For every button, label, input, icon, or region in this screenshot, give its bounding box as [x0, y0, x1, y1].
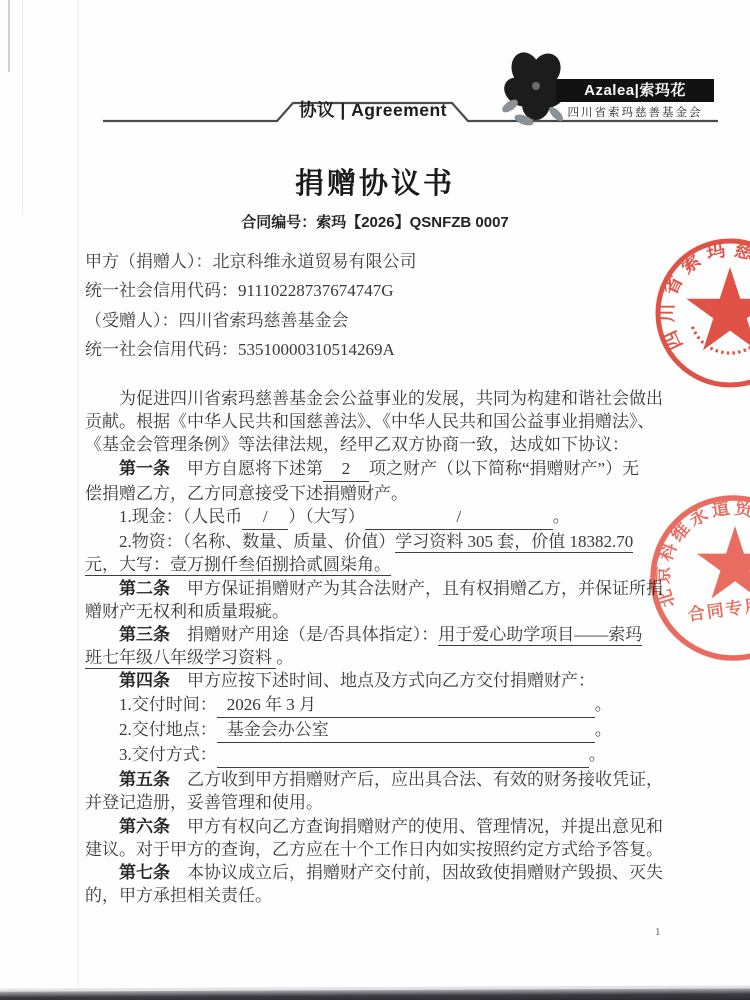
body-text: 甲方应按下述时间、地点及方式向乙方交付捐赠财产：: [170, 671, 595, 690]
party-line: 统一社会信用代码：91110228737674747G: [85, 276, 685, 305]
scan-edge-line: [8, 0, 10, 72]
star-icon: [686, 267, 750, 350]
party-line: （受赠人）：四川省索玛慈善基金会: [85, 306, 685, 335]
page-number: 1: [655, 926, 661, 938]
header-tab-label: 协议 | Agreement: [278, 98, 468, 123]
agreement-line: 并登记造册，妥善管理和使用。: [85, 791, 677, 814]
fill-in-field: 基金会办公室: [217, 718, 595, 743]
body-text: ）（大写）: [288, 507, 365, 526]
body-text: 甲方有权向乙方查询捐赠财产的使用、管理情况，并提出意见和: [170, 817, 663, 836]
article-heading: 第二条: [119, 579, 170, 598]
body-text: 2.交付地点：: [119, 720, 217, 739]
body-text: 。: [595, 695, 612, 714]
agreement-line: 第四条 甲方应按下述时间、地点及方式向乙方交付捐赠财产：: [85, 669, 677, 692]
org-round-seal: 四川省索玛慈善基金会: [645, 228, 750, 398]
body-text: 《基金会管理条例》等法律法规，经甲乙双方协商一致，达成如下协议：: [85, 435, 629, 454]
body-text: 赠财产无权利和质量瑕疵。: [85, 602, 289, 621]
agreement-line: 第六条 甲方有权向乙方查询捐赠财产的使用、管理情况，并提出意见和: [85, 815, 677, 838]
agreement-line: 为促进四川省索玛慈善基金会公益事业的发展，共同为构建和谐社会做出: [85, 387, 677, 410]
fill-in-field: /: [365, 505, 553, 530]
body-text: 。: [553, 507, 570, 526]
fill-in-field: /: [242, 505, 288, 530]
party-line: 甲方（捐赠人）：北京科维永道贸易有限公司: [85, 247, 685, 276]
article-heading: 第五条: [119, 770, 170, 789]
agreement-line: 第二条 甲方保证捐赠财产为其合法财产，且有权捐赠乙方，并保证所捐: [85, 577, 677, 600]
body-text: 甲方自愿将下述第: [170, 459, 323, 478]
body-text: 。: [589, 745, 606, 764]
article-heading: 第一条: [119, 459, 170, 478]
fill-in-field: 2: [323, 457, 369, 482]
body-text: 并登记造册，妥善管理和使用。: [85, 793, 323, 812]
doc-title: 捐赠协议书: [0, 161, 750, 202]
body-text: 乙方收到甲方捐赠财产后，应出具合法、有效的财务接收凭证，: [170, 770, 663, 789]
agreement-line: 2.交付地点：基金会办公室。: [85, 718, 677, 743]
article-heading: 第六条: [119, 817, 170, 836]
agreement-line: 偿捐赠乙方，乙方同意接受下述捐赠财产。: [85, 482, 677, 505]
article-heading: 第三条: [119, 625, 170, 644]
agreement-line: 第一条 甲方自愿将下述第2项之财产（以下简称“捐赠财产”）无: [85, 457, 677, 482]
body-text: 甲方保证捐赠财产为其合法财产，且有权捐赠乙方，并保证所捐: [170, 579, 663, 598]
contract-round-seal: 北京科维永道贸易有限公司 合同专用章: [643, 488, 750, 668]
fill-in-field: [217, 743, 589, 768]
body-text: 。: [276, 648, 293, 667]
article-heading: 第四条: [119, 671, 170, 690]
agreement-line: 建议。对于甲方的查询，乙方应在十个工作日内如实按照约定方式给予答复。: [85, 838, 677, 861]
article-heading: 第七条: [119, 863, 170, 882]
body-text: 贡献。根据《中华人民共和国慈善法》、《中华人民共和国公益事业捐赠法》、: [85, 412, 655, 431]
star-icon: [697, 526, 750, 598]
contract-seal-label: 合同专用章: [687, 591, 750, 624]
agreement-line: 1.现金：（人民币/）（大写）/。: [85, 505, 677, 530]
scanned-agreement-page: 协议 | Agreement Azalea|索玛花 四川省索玛慈善基金会 捐赠协…: [0, 0, 750, 1000]
agreement-line: 2.物资：（名称、数量、质量、价值）学习资料 305 套，价值 18382.70: [85, 530, 677, 553]
agreement-line: 贡献。根据《中华人民共和国慈善法》、《中华人民共和国公益事业捐赠法》、: [85, 410, 677, 433]
body-text: 3.交付方式：: [119, 745, 217, 764]
brand-org-name: 四川省索玛慈善基金会: [554, 104, 716, 120]
fill-in-field: 元，大写：壹万捌仟叁佰捌拾贰圆柒角。: [85, 555, 391, 576]
body-text: 建议。对于甲方的查询，乙方应在十个工作日内如实按照约定方式给予答复。: [85, 840, 663, 859]
parties-block: 甲方（捐赠人）：北京科维永道贸易有限公司统一社会信用代码：91110228737…: [85, 247, 685, 365]
agreement-body: 为促进四川省索玛慈善基金会公益事业的发展，共同为构建和谐社会做出贡献。根据《中华…: [85, 387, 677, 907]
agreement-line: 的，甲方承担相关责任。: [85, 884, 677, 907]
fill-in-field: 2026 年 3 月: [217, 693, 595, 718]
party-line: 统一社会信用代码：53510000310514269A: [85, 335, 685, 364]
body-text: 为促进四川省索玛慈善基金会公益事业的发展，共同为构建和谐社会做出: [119, 389, 663, 408]
body-text: 2.物资：（名称、数量、质量、价值）: [119, 532, 395, 551]
scan-edge-line: [77, 0, 79, 1000]
body-text: 1.交付时间：: [119, 695, 217, 714]
agreement-line: 第七条 本协议成立后，捐赠财产交付前，因故致使捐赠财产毁损、灭失: [85, 861, 677, 884]
contract-number: 合同编号：索玛【2026】QSNFZB 0007: [0, 211, 750, 232]
agreement-line: 1.交付时间：2026 年 3 月。: [85, 693, 677, 718]
body-text: 的，甲方承担相关责任。: [85, 886, 272, 905]
body-text: 。: [595, 720, 612, 739]
agreement-line: 赠财产无权利和质量瑕疵。: [85, 600, 677, 623]
fill-in-field: 用于爱心助学项目——索玛: [438, 625, 642, 646]
body-text: 1.现金：（人民币: [119, 507, 242, 526]
agreement-line: 元，大写：壹万捌仟叁佰捌拾贰圆柒角。: [85, 553, 677, 576]
fill-in-field: 学习资料 305 套，价值 18382.70: [395, 532, 633, 553]
agreement-line: 《基金会管理条例》等法律法规，经甲乙双方协商一致，达成如下协议：: [85, 433, 677, 456]
body-text: 捐赠财产用途（是/否具体指定）：: [170, 625, 438, 644]
agreement-line: 第五条 乙方收到甲方捐赠财产后，应出具合法、有效的财务接收凭证，: [85, 768, 677, 791]
body-text: 本协议成立后，捐赠财产交付前，因故致使捐赠财产毁损、灭失: [170, 863, 663, 882]
agreement-line: 第三条 捐赠财产用途（是/否具体指定）：用于爱心助学项目——索玛: [85, 623, 677, 646]
body-text: 项之财产（以下简称“捐赠财产”）无: [369, 459, 639, 478]
fill-in-field: 班七年级八年级学习资料: [85, 648, 276, 669]
agreement-line: 班七年级八年级学习资料 。: [85, 646, 677, 669]
brand-badge: Azalea|索玛花: [556, 79, 714, 102]
agreement-line: 3.交付方式： 。: [85, 743, 677, 768]
body-text: 偿捐赠乙方，乙方同意接受下述捐赠财产。: [85, 484, 408, 503]
